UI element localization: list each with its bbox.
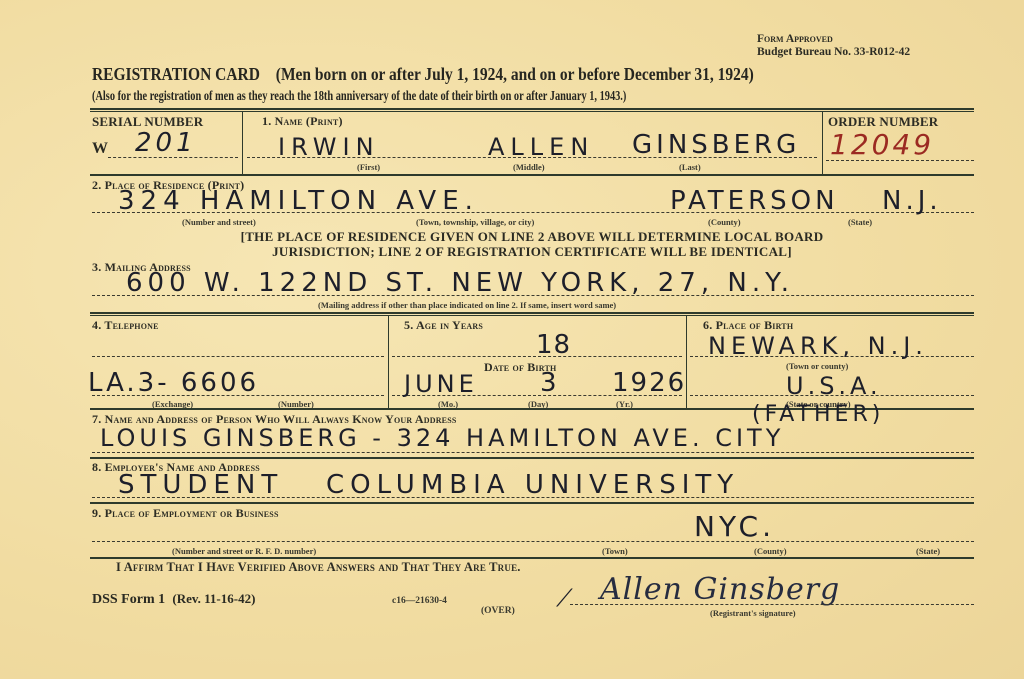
residence-state: N.J. <box>882 186 942 216</box>
signature-line <box>570 604 974 605</box>
caption-state: (State) <box>848 217 872 227</box>
form-id: DSS Form 1 <box>92 592 165 607</box>
form-id-block: DSS Form 1 (Rev. 11-16-42) <box>92 591 255 608</box>
card-subtitle: (Also for the registration of men as the… <box>92 89 626 105</box>
rule-row1 <box>90 174 974 176</box>
divider-tel <box>388 316 389 408</box>
telephone-value: LA.3- 6606 <box>88 368 259 398</box>
mailing-caption: (Mailing address if other than place ind… <box>318 300 616 310</box>
caption-emp-county: (County) <box>754 546 787 556</box>
order-value: 12049 <box>830 128 934 161</box>
budget-bureau-number: Budget Bureau No. 33-R012-42 <box>757 46 910 59</box>
affirmation-text: I Affirm That I Have Verified Above Answ… <box>116 560 521 575</box>
birthplace-town: NEWARK, N.J. <box>708 332 928 360</box>
title-qualifier: (Men born on or after July 1, 1924, and … <box>276 64 754 84</box>
name-first: IRWIN <box>278 133 380 161</box>
rule-row7 <box>90 457 974 459</box>
mailing-value: 600 W. 122ND ST. NEW YORK, 27, N.Y. <box>126 268 794 298</box>
caption-emp-town: (Town) <box>602 546 628 556</box>
residence-street: 324 HAMILTON AVE. <box>118 186 479 216</box>
rule-row3 <box>90 312 974 314</box>
employer-value: STUDENT COLUMBIA UNIVERSITY <box>118 470 739 500</box>
card-title: REGISTRATION CARD <box>92 64 260 84</box>
telephone-label: 4. Telephone <box>92 318 159 333</box>
employment-value: NYC. <box>694 510 775 543</box>
name-last: GINSBERG <box>632 130 800 160</box>
birthplace-label: 6. Place of Birth <box>703 318 793 333</box>
rule-top <box>90 108 974 110</box>
caption-town: (Town, township, village, or city) <box>416 217 534 227</box>
print-code: c16—21630-4 <box>392 596 447 606</box>
divider-order <box>822 112 823 174</box>
signature-caption: (Registrant's signature) <box>710 608 796 618</box>
residence-notice-2: JURISDICTION; LINE 2 OF REGISTRATION CER… <box>90 244 974 260</box>
employment-line <box>92 541 974 542</box>
caption-first: (First) <box>357 162 380 172</box>
name-label: 1. Name (Print) <box>262 114 343 129</box>
form-revision: (Rev. 11-16-42) <box>172 591 255 606</box>
employment-label: 9. Place of Employment or Business <box>92 506 279 521</box>
caption-street: (Number and street) <box>182 217 256 227</box>
over-label: (OVER) <box>481 606 515 616</box>
caption-town-county: (Town or county) <box>786 361 848 371</box>
birthplace-country: U.S.A. <box>786 372 882 400</box>
contact-value: LOUIS GINSBERG - 324 HAMILTON AVE. CITY <box>100 424 784 452</box>
serial-value: 201 <box>135 128 197 158</box>
caption-county: (County) <box>708 217 741 227</box>
dob-year: 1926 <box>612 368 686 398</box>
serial-prefix: W <box>92 140 108 158</box>
caption-street-rfd: (Number and street or R. F. D. number) <box>172 546 316 556</box>
card-title-line: REGISTRATION CARD (Men born on or after … <box>92 64 754 85</box>
residence-county: PATERSON <box>670 186 839 216</box>
caption-last: (Last) <box>679 162 701 172</box>
name-middle: ALLEN <box>488 133 594 161</box>
form-approved-block: Form Approved Budget Bureau No. 33-R012-… <box>757 33 910 59</box>
registrant-signature: Allen Ginsberg <box>600 572 840 607</box>
dob-day: 3 <box>540 368 563 398</box>
dob-month: JUNE <box>404 370 478 398</box>
form-approved: Form Approved <box>757 33 910 46</box>
age-value: 18 <box>536 330 571 360</box>
caption-middle: (Middle) <box>513 162 545 172</box>
age-label: 5. Age in Years <box>404 318 483 333</box>
rule-row9 <box>90 557 974 559</box>
signature-mark: ⟋ <box>556 584 573 612</box>
caption-emp-state: (State) <box>916 546 940 556</box>
divider-serial <box>242 112 243 174</box>
rule-row3-2 <box>90 315 974 316</box>
contact-line <box>92 452 974 453</box>
rule-top-2 <box>90 111 974 112</box>
residence-notice-1: [THE PLACE OF RESIDENCE GIVEN ON LINE 2 … <box>90 229 974 245</box>
rule-row8 <box>90 502 974 504</box>
telephone-line-1 <box>92 356 384 357</box>
